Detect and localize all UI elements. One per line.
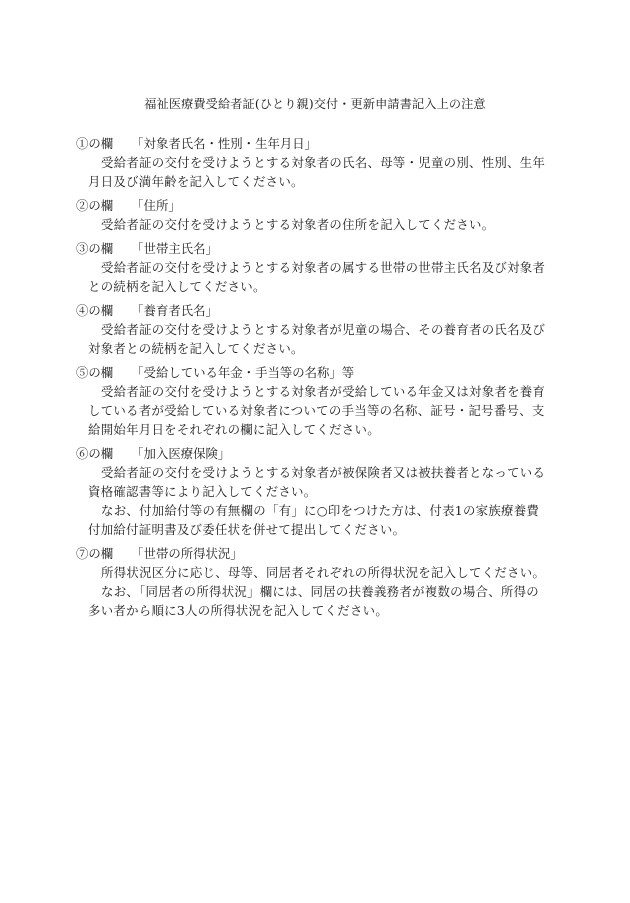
section-label: 「住所」 [131,196,181,215]
section-number: ③の欄 [76,239,113,258]
section-4: ④の欄「養育者氏名」 受給者証の交付を受けようとする対象者が児童の場合、その養育… [76,301,548,358]
document-page: 福祉医療費受給者証(ひとり親)交付・更新申請書記入上の注意 ①の欄「対象者氏名・… [0,0,630,903]
section-paragraph: 受給者証の交付を受けようとする対象者の氏名、母等・児童の別、性別、生年月日及び満… [76,153,548,191]
section-paragraph: なお、「同居者の所得状況」欄には、同居の扶養義務者が複数の場合、所得の多い者から… [76,582,548,620]
section-heading: ⑦の欄「世帯の所得状況」 [76,544,548,563]
section-3: ③の欄「世帯主氏名」 受給者証の交付を受けようとする対象者の属する世帯の世帯主氏… [76,239,548,296]
section-heading: ③の欄「世帯主氏名」 [76,239,548,258]
section-paragraph: なお、付加給付等の有無欄の「有」に○印をつけた方は、付表1の家族療養費付加給付証… [76,501,548,539]
section-label: 「受給している年金・手当等の名称」等 [131,363,354,382]
section-number: ④の欄 [76,301,113,320]
section-label: 「世帯の所得状況」 [131,544,243,563]
section-label: 「養育者氏名」 [131,301,218,320]
section-2: ②の欄「住所」 受給者証の交付を受けようとする対象者の住所を記入してください。 [76,196,548,234]
section-number: ⑦の欄 [76,544,113,563]
section-paragraph: 受給者証の交付を受けようとする対象者の属する世帯の世帯主氏名及び対象者との続柄を… [76,258,548,296]
section-label: 「対象者氏名・性別・生年月日」 [131,134,317,153]
document-body: ①の欄「対象者氏名・性別・生年月日」 受給者証の交付を受けようとする対象者の氏名… [76,134,548,625]
section-7: ⑦の欄「世帯の所得状況」 所得状況区分に応じ、母等、同居者それぞれの所得状況を記… [76,544,548,620]
section-heading: ①の欄「対象者氏名・性別・生年月日」 [76,134,548,153]
section-heading: ②の欄「住所」 [76,196,548,215]
section-heading: ⑥の欄「加入医療保険」 [76,444,548,463]
section-heading: ⑤の欄「受給している年金・手当等の名称」等 [76,363,548,382]
section-6: ⑥の欄「加入医療保険」 受給者証の交付を受けようとする対象者が被保険者又は被扶養… [76,444,548,539]
section-paragraph: 所得状況区分に応じ、母等、同居者それぞれの所得状況を記入してください。 [76,563,548,582]
section-paragraph: 受給者証の交付を受けようとする対象者が児童の場合、その養育者の氏名及び対象者との… [76,320,548,358]
section-label: 「世帯主氏名」 [131,239,218,258]
section-1: ①の欄「対象者氏名・性別・生年月日」 受給者証の交付を受けようとする対象者の氏名… [76,134,548,191]
section-paragraph: 受給者証の交付を受けようとする対象者が被保険者又は被扶養者となっている資格確認書… [76,463,548,501]
section-paragraph: 受給者証の交付を受けようとする対象者が受給している年金又は対象者を養育している者… [76,382,548,439]
section-number: ②の欄 [76,196,113,215]
section-number: ⑤の欄 [76,363,113,382]
section-paragraph: 受給者証の交付を受けようとする対象者の住所を記入してください。 [76,215,548,234]
section-label: 「加入医療保険」 [131,444,230,463]
section-heading: ④の欄「養育者氏名」 [76,301,548,320]
section-number: ①の欄 [76,134,113,153]
document-title: 福祉医療費受給者証(ひとり親)交付・更新申請書記入上の注意 [0,96,630,112]
section-number: ⑥の欄 [76,444,113,463]
section-5: ⑤の欄「受給している年金・手当等の名称」等 受給者証の交付を受けようとする対象者… [76,363,548,439]
